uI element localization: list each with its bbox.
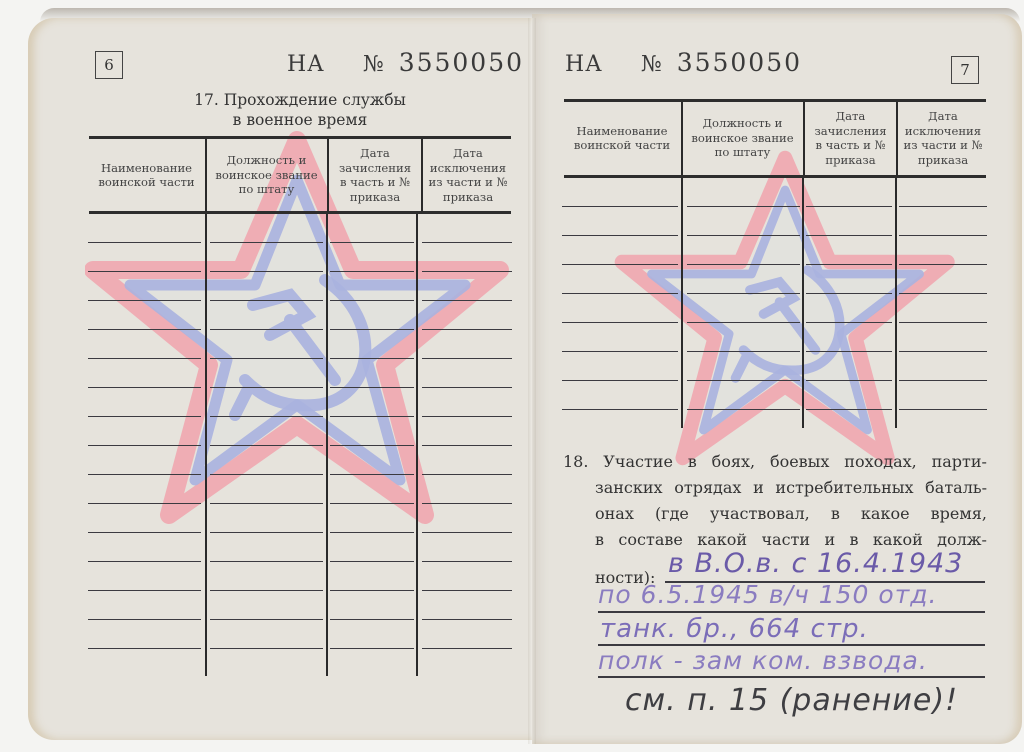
table-row-line <box>210 474 323 475</box>
table-row-line <box>422 532 512 533</box>
table-row-line <box>687 264 800 265</box>
table-row-line <box>687 293 800 294</box>
table-row-line <box>330 648 414 649</box>
table-row-line <box>562 322 678 323</box>
section-18-line-3: онах(гдеучаствовал,вкакоевремя, <box>563 501 987 527</box>
handwritten-entry-line-4: полк - зам ком. взвода. <box>598 646 928 675</box>
table-row-line <box>422 300 512 301</box>
table-row-line <box>687 380 800 381</box>
section-18-word: время, <box>931 501 987 527</box>
serial-number-left: НА№3550050 <box>287 48 524 77</box>
table-row-line <box>88 329 201 330</box>
table-row-line <box>210 561 323 562</box>
section-18-prompt: 18.Участиевбоях,боевыхпоходах,парти- зан… <box>563 449 987 553</box>
number-sign: № <box>363 52 385 77</box>
table-row-line <box>422 474 512 475</box>
book-spine <box>528 18 536 744</box>
column-header-enrollment-date: Дата зачисления в часть и № приказа <box>806 105 895 171</box>
section-17-title: 17. Прохождение службы в военное время <box>150 90 450 130</box>
handwritten-entry-line-2: по 6.5.1945 в/ч 150 отд. <box>598 580 938 609</box>
table-row-line <box>899 235 987 236</box>
table-row-line <box>422 416 512 417</box>
table-row-line <box>899 293 987 294</box>
table-row-line <box>330 358 414 359</box>
table-row-line <box>806 351 892 352</box>
table-row-line <box>687 206 800 207</box>
table-row-line <box>562 293 678 294</box>
section-18-word: в <box>688 449 697 475</box>
table-row-line <box>330 532 414 533</box>
serial-digits: 3550050 <box>677 48 802 77</box>
section-17-title-line1: 17. Прохождение службы <box>150 90 450 110</box>
table-row-line <box>330 474 414 475</box>
section-18-word: Участие <box>603 449 673 475</box>
table-row-line <box>422 561 512 562</box>
section-18-word: парти- <box>932 449 987 475</box>
column-header-enrollment-date: Дата зачисления в часть и № приказа <box>330 142 420 208</box>
table-row-line <box>88 532 201 533</box>
section-18-word: походах, <box>844 449 916 475</box>
table-row-line <box>899 380 987 381</box>
table-row-line <box>422 503 512 504</box>
table-row-line <box>330 271 414 272</box>
table-row-line <box>330 416 414 417</box>
handwritten-entry-line-1: в В.О.в. с 16.4.1943 <box>668 548 963 579</box>
column-header-unit-name: Наименование воинской части <box>90 142 203 208</box>
serial-number-right: НА№3550050 <box>565 48 802 77</box>
table-row-line <box>210 300 323 301</box>
section-18-word: какое <box>861 501 910 527</box>
table-row-line <box>422 242 512 243</box>
table-row-line <box>210 648 323 649</box>
table-row-line <box>562 351 678 352</box>
section-18-word: баталь- <box>925 475 987 501</box>
section-18-word: и <box>753 475 764 501</box>
table-row-line <box>687 235 800 236</box>
table-row-line <box>422 445 512 446</box>
table-row-line <box>687 409 800 410</box>
section-18-word: участвовал, <box>710 501 810 527</box>
table-row-line <box>88 503 201 504</box>
table-row-line <box>899 409 987 410</box>
answer-line <box>598 676 985 678</box>
table-row-line <box>210 387 323 388</box>
section-18-word: боях, <box>712 449 755 475</box>
column-header-exclusion-date: Дата исключения из части и № приказа <box>424 142 512 208</box>
table-row-line <box>330 561 414 562</box>
table-row-line <box>562 206 678 207</box>
table-row-line <box>330 242 414 243</box>
section-18-word: занских <box>595 475 663 501</box>
table-row-line <box>88 300 201 301</box>
table-row-line <box>210 619 323 620</box>
table-row-line <box>330 503 414 504</box>
table-row-line <box>88 358 201 359</box>
table-row-line <box>806 380 892 381</box>
section-18-word: отрядах <box>674 475 741 501</box>
table-row-line <box>687 351 800 352</box>
section-18-word: в <box>831 501 840 527</box>
table-row-line <box>88 619 201 620</box>
table-row-line <box>422 648 512 649</box>
table-row-line <box>88 271 201 272</box>
serial-prefix: НА <box>565 52 603 77</box>
table-row-line <box>687 322 800 323</box>
table-row-line <box>88 242 201 243</box>
section-18-word: 18. <box>563 449 588 475</box>
number-sign: № <box>641 52 663 77</box>
table-row-line <box>899 351 987 352</box>
table-row-line <box>330 387 414 388</box>
passport-spread: 6 НА№3550050 17. Прохождение службы в во… <box>0 0 1024 752</box>
table-row-line <box>210 445 323 446</box>
section-18-word: боевых <box>770 449 830 475</box>
table-row-line <box>562 264 678 265</box>
table-row-line <box>806 206 892 207</box>
answer-line <box>598 611 985 613</box>
table-row-line <box>88 416 201 417</box>
table-row-line <box>210 271 323 272</box>
table-row-line <box>210 329 323 330</box>
page-number-7: 7 <box>951 56 979 84</box>
table-row-line <box>806 264 892 265</box>
serial-digits: 3550050 <box>399 48 524 77</box>
table-row-line <box>422 271 512 272</box>
table-row-line <box>899 206 987 207</box>
table-row-line <box>210 242 323 243</box>
table-row-line <box>88 387 201 388</box>
table-row-line <box>210 532 323 533</box>
column-header-position-rank: Должность и воинское звание по штату <box>208 142 325 208</box>
table-row-line <box>210 590 323 591</box>
section-18-word: (где <box>655 501 689 527</box>
table-row-line <box>88 445 201 446</box>
serial-prefix: НА <box>287 52 325 77</box>
table-row-line <box>562 235 678 236</box>
table-row-line <box>899 264 987 265</box>
table-row-line <box>210 358 323 359</box>
table-row-line <box>330 590 414 591</box>
section-18-word: в <box>595 527 604 553</box>
section-18-word: онах <box>595 501 634 527</box>
table-row-line <box>899 322 987 323</box>
table-row-line <box>806 409 892 410</box>
table-row-line <box>88 474 201 475</box>
table-row-line <box>330 329 414 330</box>
table-row-line <box>562 380 678 381</box>
table-row-line <box>806 293 892 294</box>
column-header-position-rank: Должность и воинское звание по штату <box>684 105 801 171</box>
table-row-line <box>422 329 512 330</box>
table-row-line <box>806 322 892 323</box>
table-row-line <box>330 445 414 446</box>
section-18-line-2: занскихотрядахиистребительныхбаталь- <box>563 475 987 501</box>
column-header-unit-name: Наименование воинской части <box>565 105 679 171</box>
table-row-line <box>330 619 414 620</box>
table-row-line <box>422 387 512 388</box>
section-17-title-line2: в военное время <box>150 110 450 130</box>
table-row-line <box>562 409 678 410</box>
table-row-line <box>88 561 201 562</box>
table-row-line <box>422 590 512 591</box>
column-header-exclusion-date: Дата исключения из части и № приказа <box>899 105 987 171</box>
handwritten-entry-line-3: танк. бр., 664 стр. <box>600 614 869 644</box>
handwritten-pencil-note: см. п. 15 (ранение)! <box>625 683 958 718</box>
section-18-line-1: 18.Участиевбоях,боевыхпоходах,парти- <box>563 449 987 475</box>
table-row-line <box>330 300 414 301</box>
page-number-6: 6 <box>95 51 123 79</box>
table-row-line <box>422 619 512 620</box>
table-row-line <box>210 416 323 417</box>
table-row-line <box>88 648 201 649</box>
section-18-word: истребительных <box>775 475 913 501</box>
table-row-line <box>806 235 892 236</box>
table-row-line <box>422 358 512 359</box>
table-row-line <box>88 590 201 591</box>
table-row-line <box>210 503 323 504</box>
